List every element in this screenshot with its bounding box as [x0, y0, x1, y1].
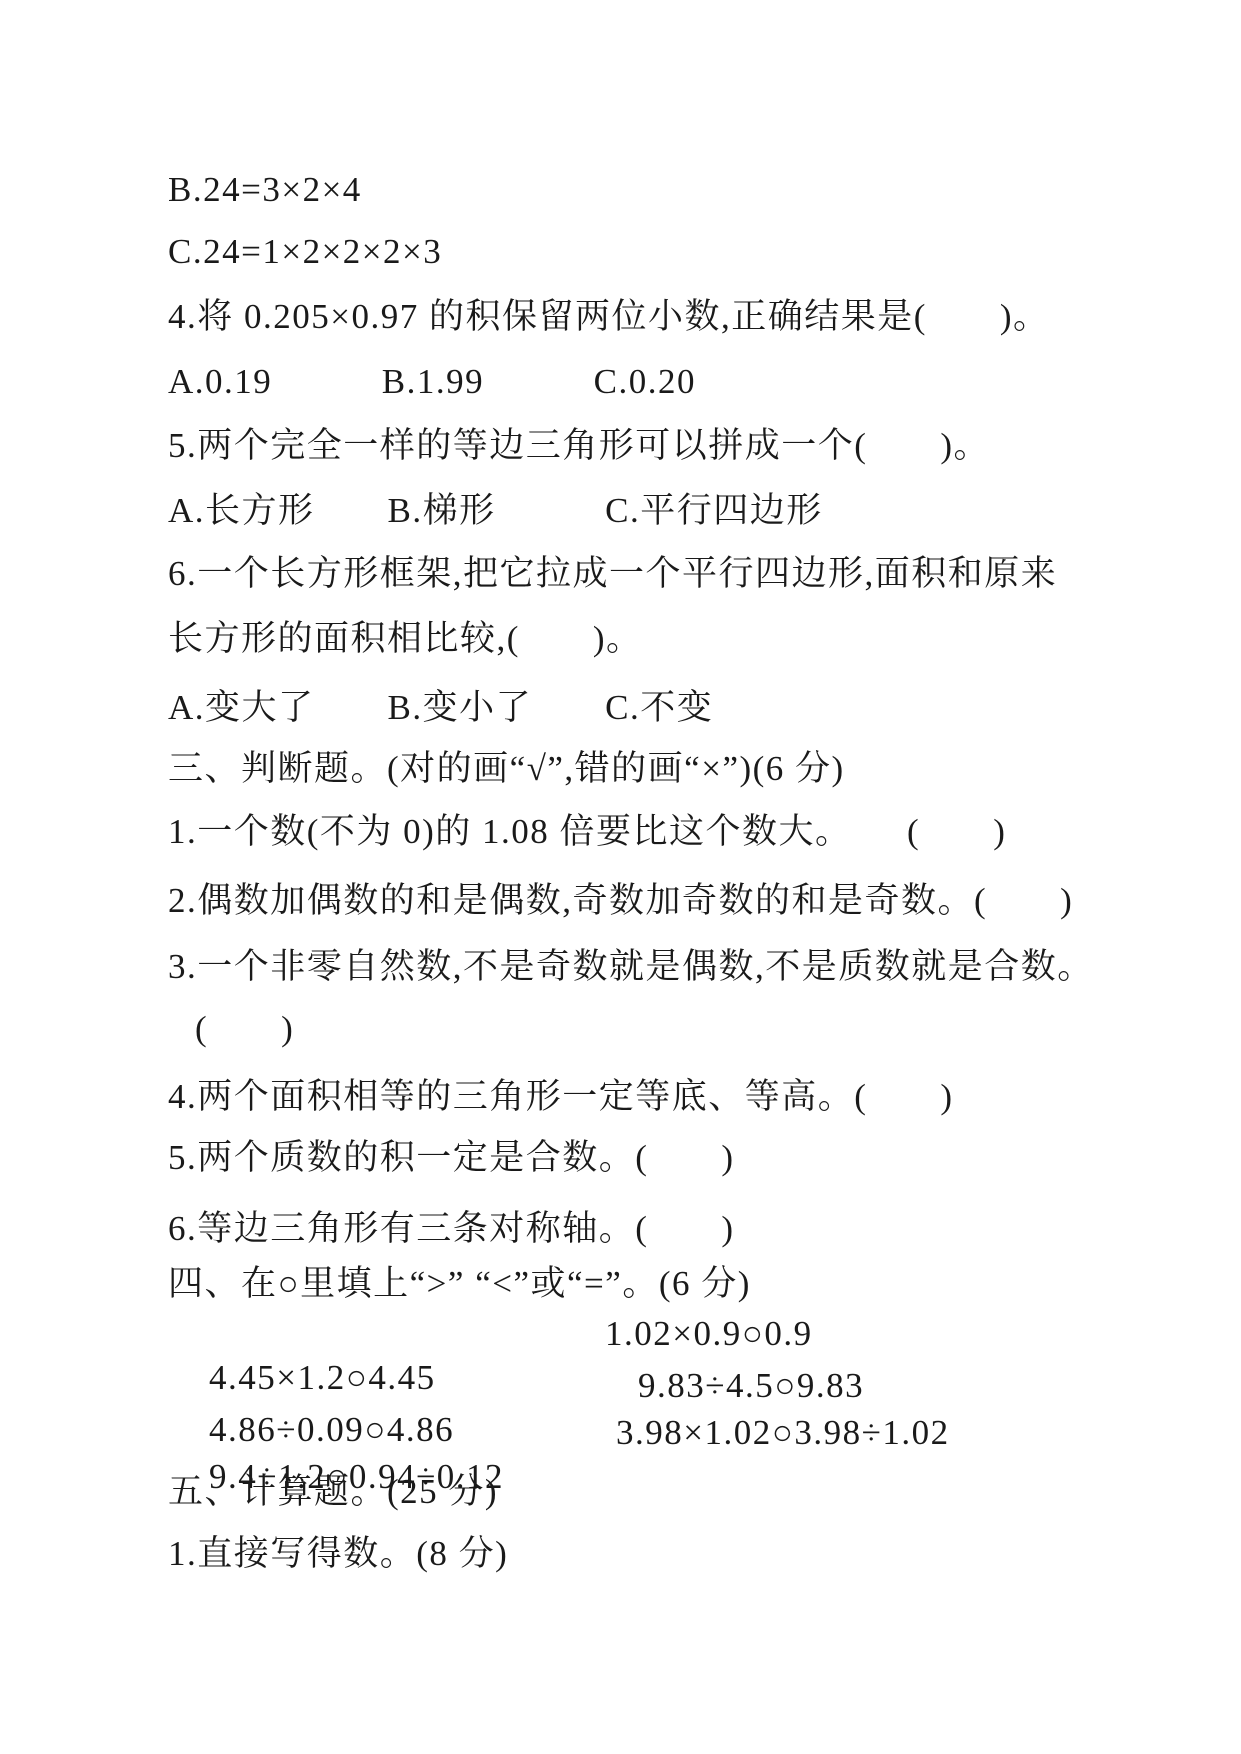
comparison-row-3-right: 3.98×1.02○3.98÷1.02 — [616, 1411, 950, 1455]
choice-question-4: 4.将 0.205×0.97 的积保留两位小数,正确结果是( )。 — [168, 295, 1050, 339]
comparison-row-2-right: 9.83÷4.5○9.83 — [638, 1364, 864, 1408]
choice-q3-option-b: B.24=3×2×4 — [168, 168, 362, 212]
choice-q3-option-c: C.24=1×2×2×2×3 — [168, 230, 442, 274]
document-page: B.24=3×2×4 C.24=1×2×2×2×3 4.将 0.205×0.97… — [0, 0, 1241, 1754]
judge-question-2: 2.偶数加偶数的和是偶数,奇数加奇数的和是奇数。( ) — [168, 879, 1073, 923]
calc-subquestion-1: 1.直接写得数。(8 分) — [168, 1532, 508, 1576]
choice-q5-options: A.长方形 B.梯形 C.平行四边形 — [168, 489, 823, 533]
judge-question-5: 5.两个质数的积一定是合数。( ) — [168, 1136, 735, 1180]
choice-question-6-line1: 6.一个长方形框架,把它拉成一个平行四边形,面积和原来 — [168, 552, 1057, 596]
choice-q6-options: A.变大了 B.变小了 C.不变 — [168, 686, 713, 730]
section-5-heading: 五、计算题。(25 分) — [168, 1470, 498, 1514]
judge-question-1: 1.一个数(不为 0)的 1.08 倍要比这个数大。 ( ) — [168, 810, 1006, 854]
choice-question-6-line2: 长方形的面积相比较,( )。 — [168, 617, 643, 661]
choice-question-5: 5.两个完全一样的等边三角形可以拼成一个( )。 — [168, 424, 990, 468]
judge-question-3-blank: ( ) — [195, 1007, 294, 1051]
section-4-heading: 四、在○里填上“>” “<”或“=”。(6 分) — [168, 1262, 751, 1306]
judge-question-4: 4.两个面积相等的三角形一定等底、等高。( ) — [168, 1075, 954, 1119]
section-3-heading: 三、判断题。(对的画“√”,错的画“×”)(6 分) — [168, 747, 845, 791]
judge-question-3: 3.一个非零自然数,不是奇数就是偶数,不是质数就是合数。 — [168, 945, 1094, 989]
judge-question-6: 6.等边三角形有三条对称轴。( ) — [168, 1207, 735, 1251]
comparison-row-1-right: 1.02×0.9○0.9 — [605, 1312, 813, 1356]
choice-q4-options: A.0.19 B.1.99 C.0.20 — [168, 360, 696, 404]
